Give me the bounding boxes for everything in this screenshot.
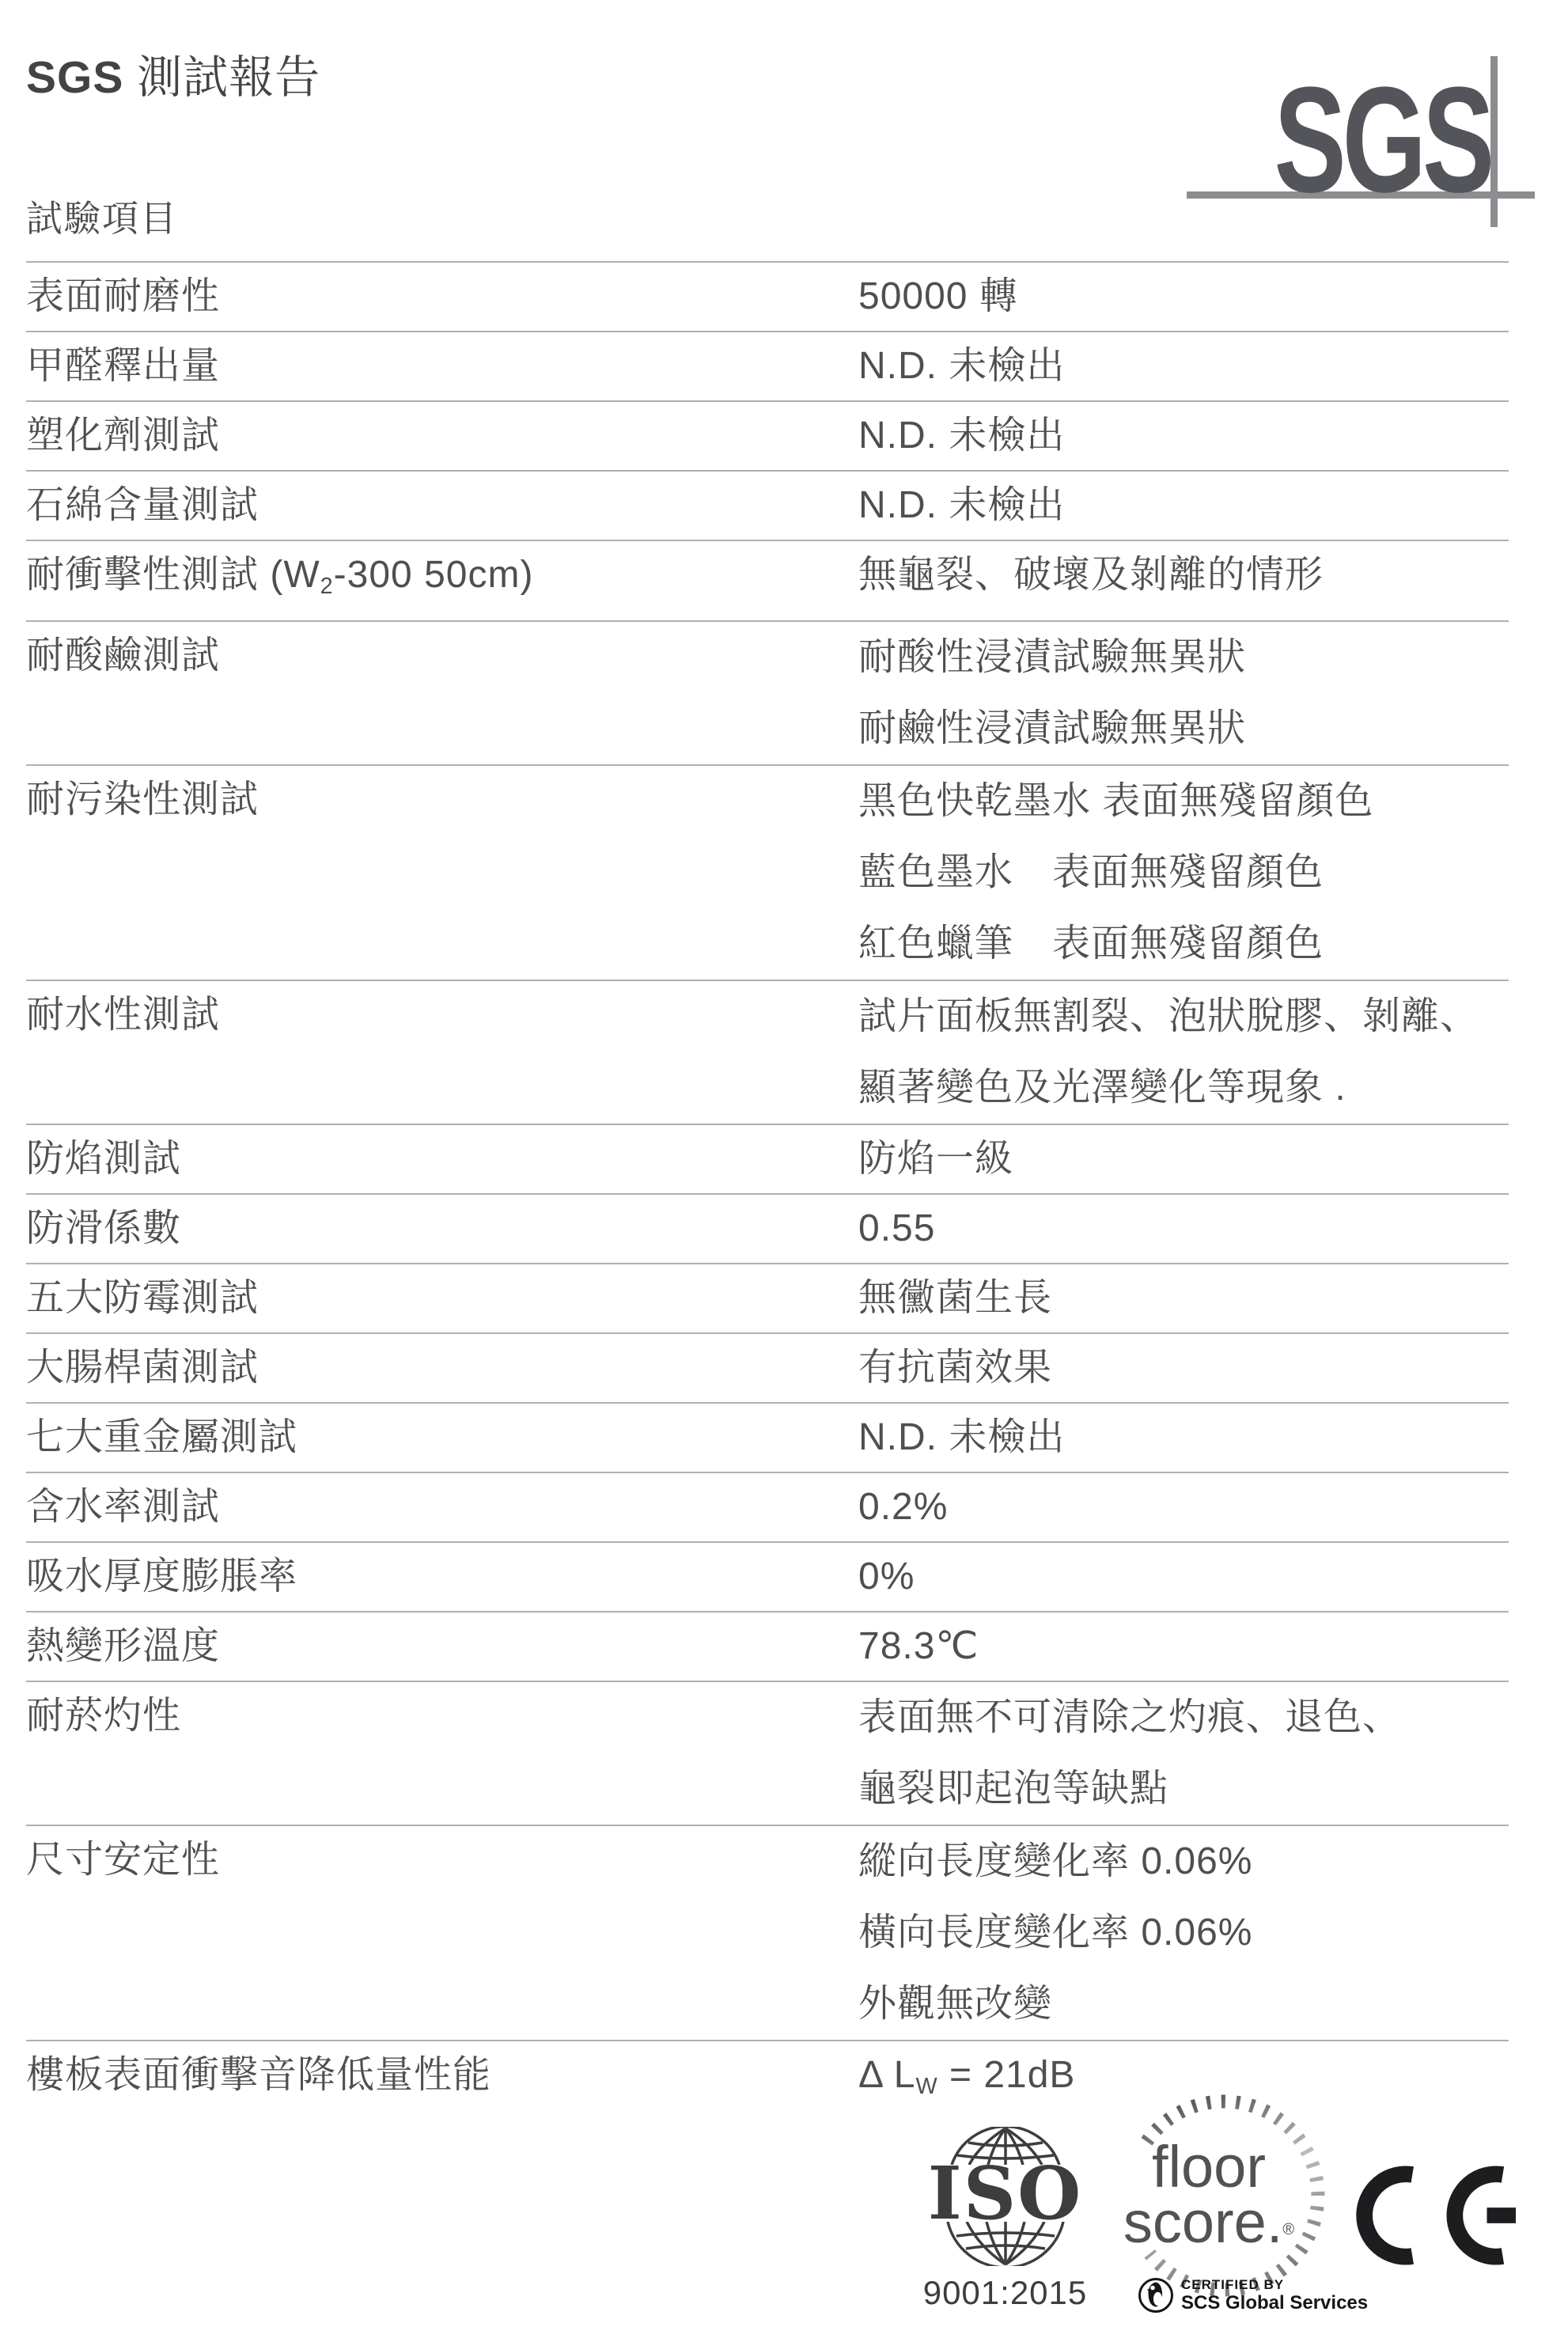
report-page: SGS 測試報告 SGS 試驗項目 表面耐磨性50000 轉甲醛釋出量N.D. … (0, 0, 1568, 2342)
table-row: 甲醛釋出量N.D. 未檢出 (26, 331, 1509, 400)
test-result-line: 無黴菌生長 (858, 1264, 1509, 1332)
table-row: 石綿含量測試N.D. 未檢出 (26, 470, 1509, 540)
test-result-value: 縱向長度變化率 0.06%橫向長度變化率 0.06%外觀無改變 (858, 1826, 1509, 2040)
certified-by-label: CERTIFIED BY (1181, 2277, 1368, 2293)
page-title: SGS 測試報告 (26, 52, 320, 104)
test-item-label: 石綿含量測試 (26, 472, 858, 540)
scs-certified-text: CERTIFIED BY SCS Global Services (1181, 2277, 1368, 2314)
test-item-label: 耐菸灼性 (26, 1682, 858, 1750)
test-result-value: 防焰一級 (858, 1125, 1509, 1193)
test-item-label: 防焰測試 (26, 1125, 858, 1193)
test-result-line: 顯著變色及光澤變化等現象 . (858, 1052, 1509, 1124)
test-result-value: 78.3℃ (858, 1612, 1509, 1681)
test-result-line: 藍色墨水 表面無殘留顏色 (858, 837, 1509, 908)
test-item-label: 樓板表面衝擊音降低量性能 (26, 2041, 858, 2109)
test-item-label: 表面耐磨性 (26, 263, 858, 331)
table-row: 七大重金屬測試N.D. 未檢出 (26, 1402, 1509, 1472)
table-row: 防焰測試防焰一級 (26, 1124, 1509, 1193)
table-row: 大腸桿菌測試有抗菌效果 (26, 1332, 1509, 1402)
test-result-value: 有抗菌效果 (858, 1334, 1509, 1402)
test-result-value: 耐酸性浸漬試驗無異狀耐鹼性浸漬試驗無異狀 (858, 622, 1509, 764)
test-result-line: 黑色快乾墨水 表面無殘留顏色 (858, 766, 1509, 837)
test-result-line: N.D. 未檢出 (858, 472, 1509, 540)
sgs-logo-text: SGS (1274, 65, 1490, 215)
test-item-label: 熱變形溫度 (26, 1612, 858, 1681)
test-result-line: 試片面板無割裂、泡狀脫膠、剝離、 (858, 981, 1509, 1052)
test-item-label: 耐水性測試 (26, 981, 858, 1049)
test-result-line: 外觀無改變 (858, 1969, 1509, 2040)
floorscore-wordmark: floor score.® (1117, 2139, 1301, 2257)
test-result-line: 有抗菌效果 (858, 1334, 1509, 1402)
test-result-line: 防焰一級 (858, 1125, 1509, 1193)
table-row: 耐水性測試試片面板無割裂、泡狀脫膠、剝離、顯著變色及光澤變化等現象 . (26, 980, 1509, 1124)
table-row: 表面耐磨性50000 轉 (26, 261, 1509, 331)
test-result-line: N.D. 未檢出 (858, 332, 1509, 400)
test-item-label: 防滑係數 (26, 1195, 858, 1263)
test-result-line: 紅色蠟筆 表面無殘留顏色 (858, 908, 1509, 980)
scs-certified-badge: CERTIFIED BY SCS Global Services (1138, 2277, 1368, 2314)
table-row: 耐菸灼性表面無不可清除之灼痕、退色、龜裂即起泡等缺點 (26, 1681, 1509, 1825)
sgs-logo: SGS (1187, 28, 1535, 236)
test-result-value: 0.55 (858, 1195, 1509, 1263)
table-row: 五大防霉測試無黴菌生長 (26, 1263, 1509, 1332)
test-item-label: 耐衝擊性測試 (W2-300 50cm) (26, 541, 858, 620)
test-result-value: 50000 轉 (858, 263, 1509, 331)
iso-standard-number: 9001:2015 (916, 2274, 1094, 2312)
table-row: 熱變形溫度78.3℃ (26, 1611, 1509, 1681)
iso-9001-logo: ISO 9001:2015 (916, 2127, 1094, 2312)
test-result-line: N.D. 未檢出 (858, 1404, 1509, 1472)
test-item-label: 大腸桿菌測試 (26, 1334, 858, 1402)
table-row: 耐酸鹼測試耐酸性浸漬試驗無異狀耐鹼性浸漬試驗無異狀 (26, 620, 1509, 764)
test-result-line: 0.55 (858, 1195, 1509, 1263)
test-result-line: 耐酸性浸漬試驗無異狀 (858, 622, 1509, 693)
ce-mark-logo (1356, 2165, 1516, 2266)
test-result-line: 0% (858, 1543, 1509, 1611)
table-row: 耐衝擊性測試 (W2-300 50cm)無龜裂、破壞及剝離的情形 (26, 540, 1509, 620)
test-result-value: 表面無不可清除之灼痕、退色、龜裂即起泡等缺點 (858, 1682, 1509, 1825)
test-item-label: 吸水厚度膨脹率 (26, 1543, 858, 1611)
test-result-value: 0.2% (858, 1473, 1509, 1541)
test-result-value: 黑色快乾墨水 表面無殘留顏色藍色墨水 表面無殘留顏色紅色蠟筆 表面無殘留顏色 (858, 766, 1509, 980)
sgs-logo-vertical-bar (1490, 56, 1498, 227)
test-result-line: 無龜裂、破壞及剝離的情形 (858, 541, 1509, 609)
test-result-value: 無黴菌生長 (858, 1264, 1509, 1332)
title-brand: SGS (26, 52, 123, 103)
test-item-label: 甲醛釋出量 (26, 332, 858, 400)
test-result-line: 78.3℃ (858, 1612, 1509, 1681)
floorscore-word-floor: floor (1117, 2139, 1301, 2195)
test-results-table: 表面耐磨性50000 轉甲醛釋出量N.D. 未檢出塑化劑測試N.D. 未檢出石綿… (26, 261, 1509, 2120)
test-result-line: 橫向長度變化率 0.06% (858, 1897, 1509, 1969)
test-item-label: 含水率測試 (26, 1473, 858, 1541)
test-result-value: 無龜裂、破壞及剝離的情形 (858, 541, 1509, 609)
test-result-line: 龜裂即起泡等缺點 (858, 1753, 1509, 1825)
table-row: 塑化劑測試N.D. 未檢出 (26, 400, 1509, 470)
test-result-value: N.D. 未檢出 (858, 332, 1509, 400)
table-row: 耐污染性測試黑色快乾墨水 表面無殘留顏色藍色墨水 表面無殘留顏色紅色蠟筆 表面無… (26, 764, 1509, 980)
floorscore-logo: floor score.® CERTIFIED BY SCS Global Se… (1117, 2089, 1346, 2334)
test-result-value: N.D. 未檢出 (858, 402, 1509, 470)
certifier-name: SCS Global Services (1181, 2293, 1368, 2314)
floorscore-word-score: score.® (1117, 2195, 1301, 2257)
test-item-label: 耐酸鹼測試 (26, 622, 858, 690)
test-result-value: N.D. 未檢出 (858, 472, 1509, 540)
test-result-value: N.D. 未檢出 (858, 1404, 1509, 1472)
iso-logo-text: ISO (916, 2165, 1094, 2222)
test-item-label: 塑化劑測試 (26, 402, 858, 470)
table-row: 尺寸安定性縱向長度變化率 0.06%橫向長度變化率 0.06%外觀無改變 (26, 1825, 1509, 2040)
table-row: 吸水厚度膨脹率0% (26, 1541, 1509, 1611)
test-item-label: 七大重金屬測試 (26, 1404, 858, 1472)
section-heading: 試驗項目 (26, 190, 178, 242)
test-result-line: N.D. 未檢出 (858, 402, 1509, 470)
test-result-value: 0% (858, 1543, 1509, 1611)
table-row: 含水率測試0.2% (26, 1472, 1509, 1541)
test-item-label: 耐污染性測試 (26, 766, 858, 834)
registered-mark: ® (1282, 2221, 1294, 2238)
title-rest: 測試報告 (123, 52, 320, 103)
scs-penguin-icon (1138, 2277, 1174, 2314)
test-result-line: 耐鹼性浸漬試驗無異狀 (858, 693, 1509, 764)
test-result-value: 試片面板無割裂、泡狀脫膠、剝離、顯著變色及光澤變化等現象 . (858, 981, 1509, 1124)
test-result-line: 50000 轉 (858, 263, 1509, 331)
test-item-label: 五大防霉測試 (26, 1264, 858, 1332)
test-result-line: 表面無不可清除之灼痕、退色、 (858, 1682, 1509, 1753)
test-item-label: 尺寸安定性 (26, 1826, 858, 1894)
test-result-line: 縱向長度變化率 0.06% (858, 1826, 1509, 1897)
table-row: 防滑係數0.55 (26, 1193, 1509, 1263)
test-result-line: 0.2% (858, 1473, 1509, 1541)
